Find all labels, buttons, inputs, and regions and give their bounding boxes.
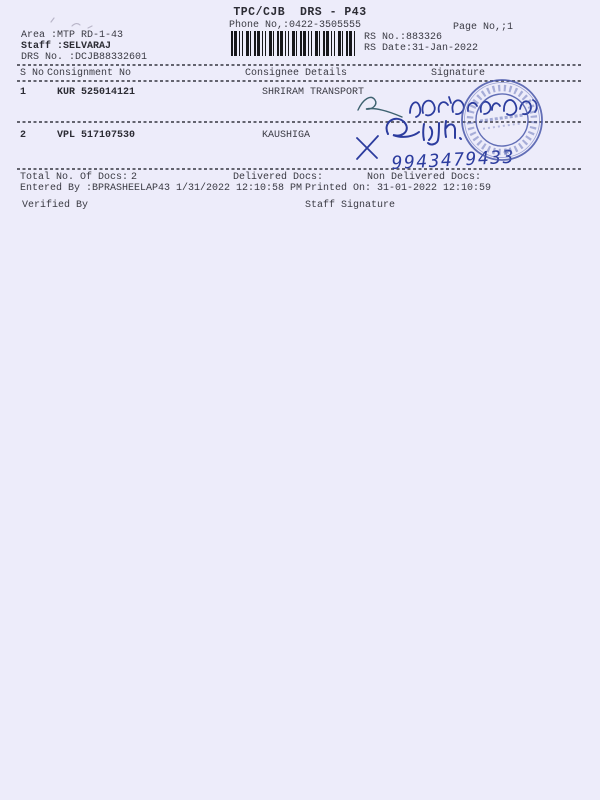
column-header-sno: S No (20, 69, 44, 79)
entered-by-field: Entered By :BPRASHEELAP43 1/31/2022 12:1… (20, 184, 302, 194)
table-row-consignment-no: KUR 525014121 (57, 88, 135, 98)
page-number: Page No,;1 (453, 23, 513, 33)
row1-signature-scribble (358, 97, 402, 117)
drs-no-field: DRS No. :DCJB88332601 (21, 53, 147, 63)
printed-on-field: Printed On: 31-01-2022 12:10:59 (305, 184, 491, 194)
total-docs-value: 2 (131, 173, 137, 183)
table-row-sno: 1 (20, 88, 26, 98)
divider (17, 64, 583, 66)
staff-field: Staff :SELVARAJ (21, 42, 111, 52)
document-title: TPC/CJB DRS - P43 (0, 7, 600, 19)
total-docs-label: Total No. Of Docs: (20, 173, 128, 183)
verified-by-label: Verified By (22, 201, 88, 211)
rs-no-field: RS No.:883326 (364, 33, 442, 43)
non-delivered-docs-label: Non Delivered Docs: (367, 173, 481, 183)
row2-signature (387, 119, 461, 145)
row2-x-mark (357, 136, 378, 159)
column-header-consignee: Consignee Details (245, 69, 347, 79)
barcode (231, 31, 357, 56)
scanned-delivery-run-sheet: TPC/CJB DRS - P43 Phone No,:0422-3505555… (0, 0, 600, 800)
signatures-and-stamp-overlay: 9943479433 (340, 68, 580, 180)
area-field: Area :MTP RD-1-43 (21, 31, 123, 41)
table-row-sno: 2 (20, 131, 26, 141)
table-row-consignee: KAUSHIGA (262, 131, 310, 141)
delivered-docs-label: Delivered Docs: (233, 173, 323, 183)
rs-date-field: RS Date:31-Jan-2022 (364, 44, 478, 54)
table-row-consignment-no: VPL 517107530 (57, 131, 135, 141)
staff-signature-label: Staff Signature (305, 201, 395, 211)
column-header-consignment: Consignment No (47, 69, 131, 79)
phone-number: Phone No,:0422-3505555 (229, 21, 361, 31)
